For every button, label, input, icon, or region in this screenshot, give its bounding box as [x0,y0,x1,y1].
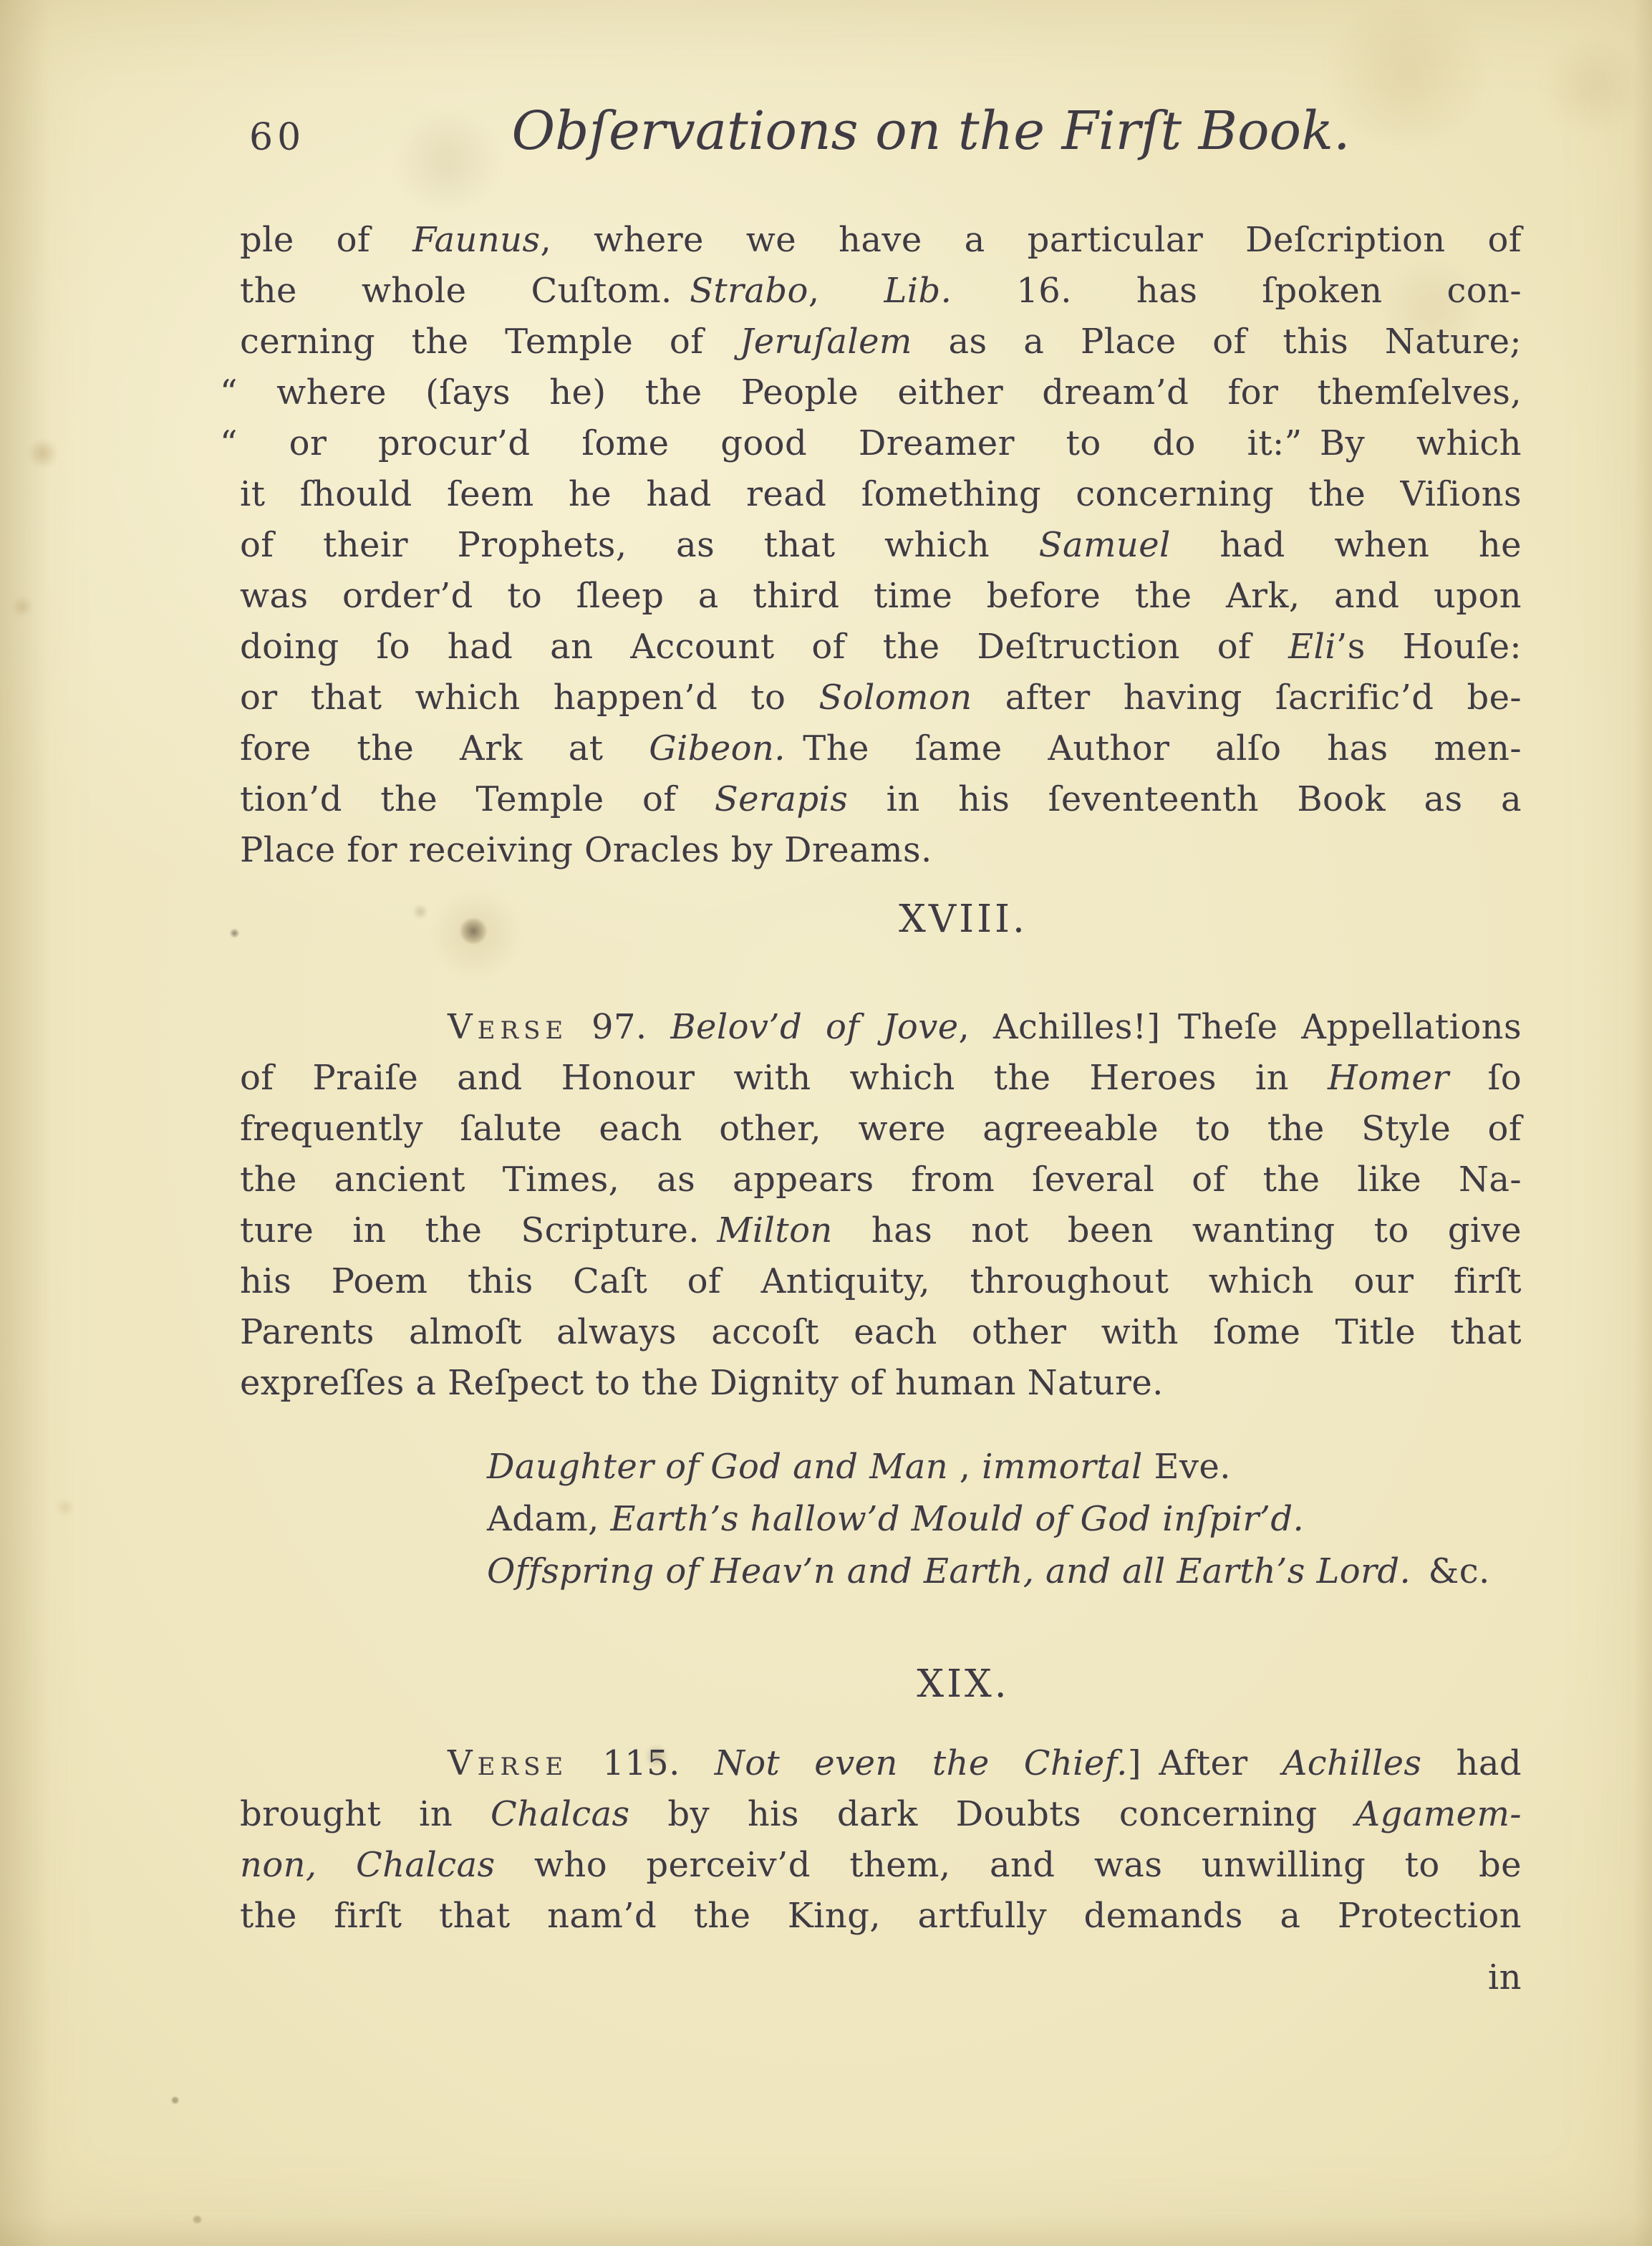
running-header-title: Obſervations on the Firſt Book. [430,100,1432,162]
roman-text: ] After [1128,1743,1283,1783]
roman-text: brought in [240,1794,491,1834]
roman-text: fore the Ark at [240,728,649,768]
italic-text: Faunus [412,220,540,260]
roman-text: the whole Cuſtom. [240,271,690,311]
roman-text: the firſt that nam’d the King, artfully … [240,1896,1522,1936]
page-edge-shadow-bottom [0,2217,1652,2246]
text-line: expreſſes a Reſpect to the Dignity of hu… [240,1358,1522,1409]
roman-text: had when he [1171,525,1522,565]
roman-text: &c. [1411,1551,1489,1591]
text-line: cerning the Temple of Jeruſalem as a Pla… [240,317,1522,367]
roman-text: ple of [240,220,412,260]
italic-text: non, [240,1845,317,1885]
text-line: brought in Chalcas by his dark Doubts co… [240,1789,1522,1840]
text-line: Adam, Earth’s hallow’d Mould of God inſp… [487,1493,1522,1546]
italic-text: Strabo [690,271,808,311]
text-line: his Poem this Caſt of Antiquity, through… [240,1256,1522,1307]
roman-text [317,1845,356,1885]
paragraph: ple of Faunus, where we have a particula… [240,215,1522,876]
italic-text: Daughter of God and Man [487,1447,948,1487]
italic-text: Chalcas [491,1794,630,1834]
italic-text: Belov’d of Jove [670,1007,958,1047]
roman-text: “ where (ſays he) the People either drea… [220,372,1522,413]
page-edge-shadow-left [0,0,50,2246]
text-line: Place for receiving Oracles by Dreams. [240,825,1522,876]
roman-text: Eve. [1143,1447,1231,1487]
text-blocks: ple of Faunus, where we have a particula… [240,215,1522,1942]
section-heading: XIX. [240,1659,1522,1710]
italic-text: Agamem- [1356,1794,1522,1834]
roman-text: his Poem this Caſt of Antiquity, through… [240,1261,1522,1301]
roman-text: by his dark Doubts concerning [630,1794,1356,1834]
roman-text: frequently ſalute each other, were agree… [240,1109,1522,1149]
roman-text: , [948,1447,982,1487]
italic-text: Homer [1328,1058,1449,1098]
roman-text: 16. has ſpoken con- [952,271,1522,311]
text-line: fore the Ark at Gibeon. The ſame Author … [240,723,1522,774]
roman-text: who perceiv’d them, and was unwilling to… [496,1845,1522,1885]
italic-text: Earth’s hallow’d Mould of God inſpir’d. [610,1499,1304,1539]
italic-text: Jeruſalem [740,322,912,362]
text-line: Offspring of Heav’n and Earth, and all E… [487,1546,1522,1598]
roman-text: The ſame Author alſo has men- [786,728,1522,768]
roman-text: “ or procur’d ſome good Dreamer to do it… [220,423,1522,463]
paragraph: Verse 97. Belov’d of Jove, Achilles!] Th… [240,1002,1522,1409]
roman-text: or that which happen’d to [240,678,818,718]
roman-text: as a Place of this Nature; [912,322,1522,362]
roman-text: ſo [1449,1058,1522,1098]
roman-text: has not been wanting to give [833,1210,1522,1250]
roman-text: cerning the Temple of [240,322,740,362]
text-line: Verse 97. Belov’d of Jove, Achilles!] Th… [240,1002,1522,1053]
italic-text: Solomon [818,678,972,718]
text-line: doing ſo had an Account of the Deſtructi… [240,622,1522,673]
italic-text: Eli [1288,627,1336,667]
text-line: “ where (ſays he) the People either drea… [220,367,1522,418]
scanned-book-page: 60 Obſervations on the Firſt Book. ple o… [0,0,1652,2246]
text-line: non, Chalcas who perceiv’d them, and was… [240,1840,1522,1891]
text-line: the whole Cuſtom. Strabo, Lib. 16. has ſ… [240,266,1522,317]
italic-text: Offspring of Heav’n and Earth, and all E… [487,1551,1411,1591]
italic-text: Serapis [715,779,848,819]
roman-text: after having ſacrific’d be- [972,678,1522,718]
paragraph: Verse 115. Not even the Chief.] After Ac… [240,1738,1522,1942]
text-line: frequently ſalute each other, were agree… [240,1104,1522,1155]
italic-text: Milton [717,1210,832,1250]
roman-text: , Achilles!] Theſe Appellations [959,1007,1522,1047]
roman-text: Parents almoſt always accoſt each other … [240,1312,1522,1352]
roman-text: in his ſeventeenth Book as a [848,779,1522,819]
catchword: in [240,1952,1522,2003]
roman-text: of their Prophets, as that which [240,525,1039,565]
text-line: was order’d to ſleep a third time before… [240,571,1522,622]
text-line: Parents almoſt always accoſt each other … [240,1307,1522,1358]
smallcaps-text: Verse [448,1743,568,1783]
page-number: 60 [249,116,305,159]
roman-text: tion’d the Temple of [240,779,715,819]
italic-text: Lib. [884,271,952,311]
italic-text: Gibeon. [649,728,786,768]
text-line: of Praiſe and Honour with which the Hero… [240,1053,1522,1104]
roman-text: , where we have a particular Deſcription… [541,220,1522,260]
text-column: ple of Faunus, where we have a particula… [240,215,1522,2003]
text-line: Daughter of God and Man , immortal Eve. [487,1441,1522,1493]
text-line: the ancient Times, as appears from ſever… [240,1155,1522,1205]
text-line: Verse 115. Not even the Chief.] After Ac… [240,1738,1522,1789]
roman-text: , [808,271,884,311]
foxing-spot [229,928,240,938]
roman-text: Place for receiving Oracles by Dreams. [240,830,932,870]
foxing-spot [172,2097,178,2103]
text-line: the firſt that nam’d the King, artfully … [240,1891,1522,1942]
roman-text: 115. [568,1743,715,1783]
foxing-spot [1540,39,1647,132]
text-line: ple of Faunus, where we have a particula… [240,215,1522,266]
verse-quotation: Daughter of God and Man , immortal Eve.A… [487,1441,1522,1598]
roman-text: Adam, [487,1499,610,1539]
roman-text: ture in the Scripture. [240,1210,717,1250]
roman-text: was order’d to ſleep a third time before… [240,576,1522,616]
foxing-spot [56,1498,74,1517]
smallcaps-text: Verse [448,1007,568,1047]
roman-text: had [1421,1743,1522,1783]
text-line: “ or procur’d ſome good Dreamer to do it… [220,418,1522,469]
page-edge-shadow-right [1633,0,1652,2246]
text-line: tion’d the Temple of Serapis in his ſeve… [240,774,1522,825]
roman-text: 97. [568,1007,670,1047]
roman-text: doing ſo had an Account of the Deſtructi… [240,627,1288,667]
italic-text: Not even the Chief. [715,1743,1128,1783]
text-line: ture in the Scripture. Milton has not be… [240,1205,1522,1256]
italic-text: Achilles [1283,1743,1422,1783]
roman-text: ’s Houſe: [1336,627,1522,667]
italic-text: Chalcas [356,1845,496,1885]
italic-text: Samuel [1039,525,1171,565]
section-heading: XVIII. [240,894,1522,945]
text-line: or that which happen’d to Solomon after … [240,673,1522,723]
text-line: of their Prophets, as that which Samuel … [240,520,1522,571]
roman-text: expreſſes a Reſpect to the Dignity of hu… [240,1363,1164,1403]
roman-text: it ſhould ſeem he had read ſomething con… [240,474,1522,514]
italic-text: immortal [982,1447,1143,1487]
text-line: it ſhould ſeem he had read ſomething con… [240,469,1522,520]
roman-text: of Praiſe and Honour with which the Hero… [240,1058,1328,1098]
roman-text: the ancient Times, as appears from ſever… [240,1160,1522,1200]
